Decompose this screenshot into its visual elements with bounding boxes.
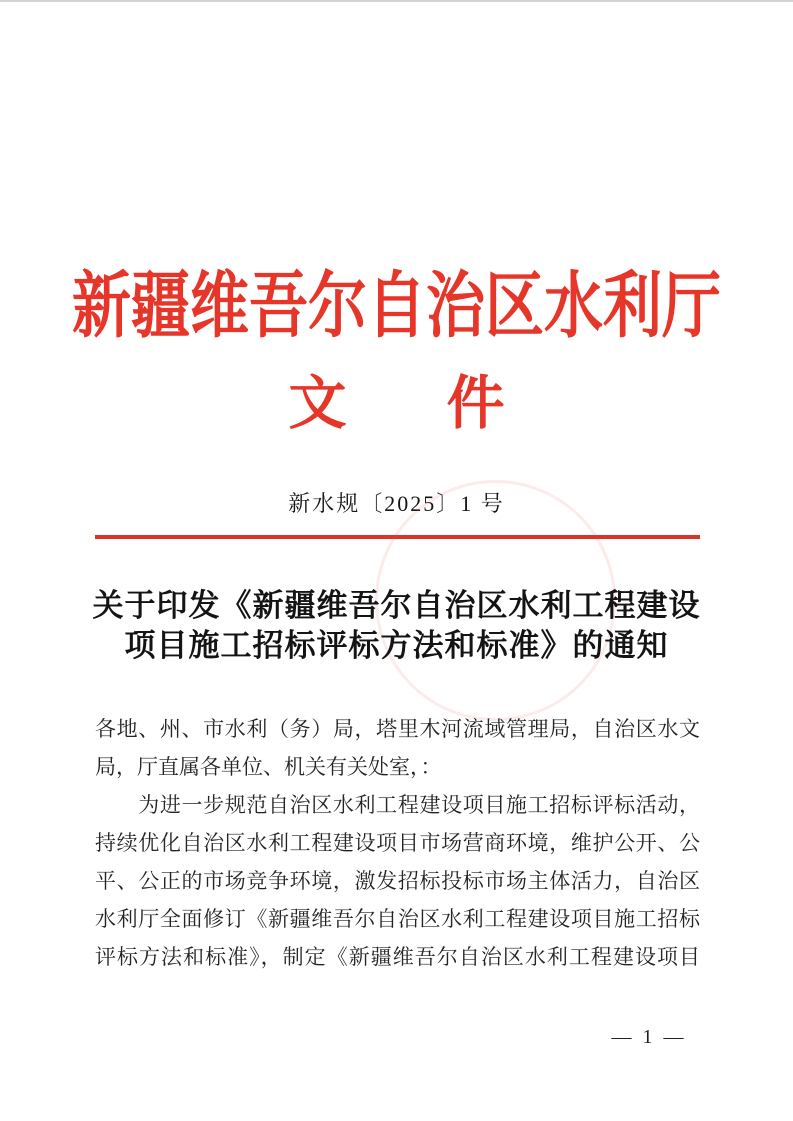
notice-title-line1: 关于印发《新疆维吾尔自治区水利工程建设 (0, 586, 793, 626)
notice-title-line2: 项目施工招标评标方法和标准》的通知 (0, 626, 793, 666)
doc-type-heading: 文 件 (0, 368, 793, 440)
doc-type-char-wen: 文 (288, 368, 346, 440)
scan-edge-artifact (0, 0, 793, 2)
document-page: 新疆维吾尔自治区水利厅 文 件 新水规〔2025〕1 号 关于印发《新疆维吾尔自… (0, 0, 793, 1121)
doc-type-char-jian: 件 (447, 368, 505, 440)
body-line-1: 为进一步规范自治区水利工程建设项目施工招标评标活动， (95, 786, 700, 824)
notice-title: 关于印发《新疆维吾尔自治区水利工程建设 项目施工招标评标方法和标准》的通知 (0, 586, 793, 666)
agency-name-text: 新疆维吾尔自治区水利厅 (72, 247, 721, 364)
body-line-4: 水利厅全面修订《新疆维吾尔自治区水利工程建设项目施工招标 (95, 900, 700, 938)
body-line-5: 评标方法和标准》，制定《新疆维吾尔自治区水利工程建设项目 (95, 938, 700, 976)
body-line-2: 持续优化自治区水利工程建设项目市场营商环境，维护公开、公 (95, 824, 700, 862)
agency-name: 新疆维吾尔自治区水利厅 (0, 258, 793, 354)
salutation-line-2: 局，厅直属各单位、机关有关处室，： (95, 748, 700, 786)
document-number: 新水规〔2025〕1 号 (0, 487, 793, 518)
body-line-3: 平、公正的市场竞争环境，激发招标投标市场主体活力，自治区 (95, 862, 700, 900)
salutation-line-1: 各地、州、市水利（务）局，塔里木河流域管理局，自治区水文 (95, 710, 700, 748)
body-text: 各地、州、市水利（务）局，塔里木河流域管理局，自治区水文 局，厅直属各单位、机关… (95, 710, 700, 976)
page-number: — 1 — (599, 1026, 699, 1049)
